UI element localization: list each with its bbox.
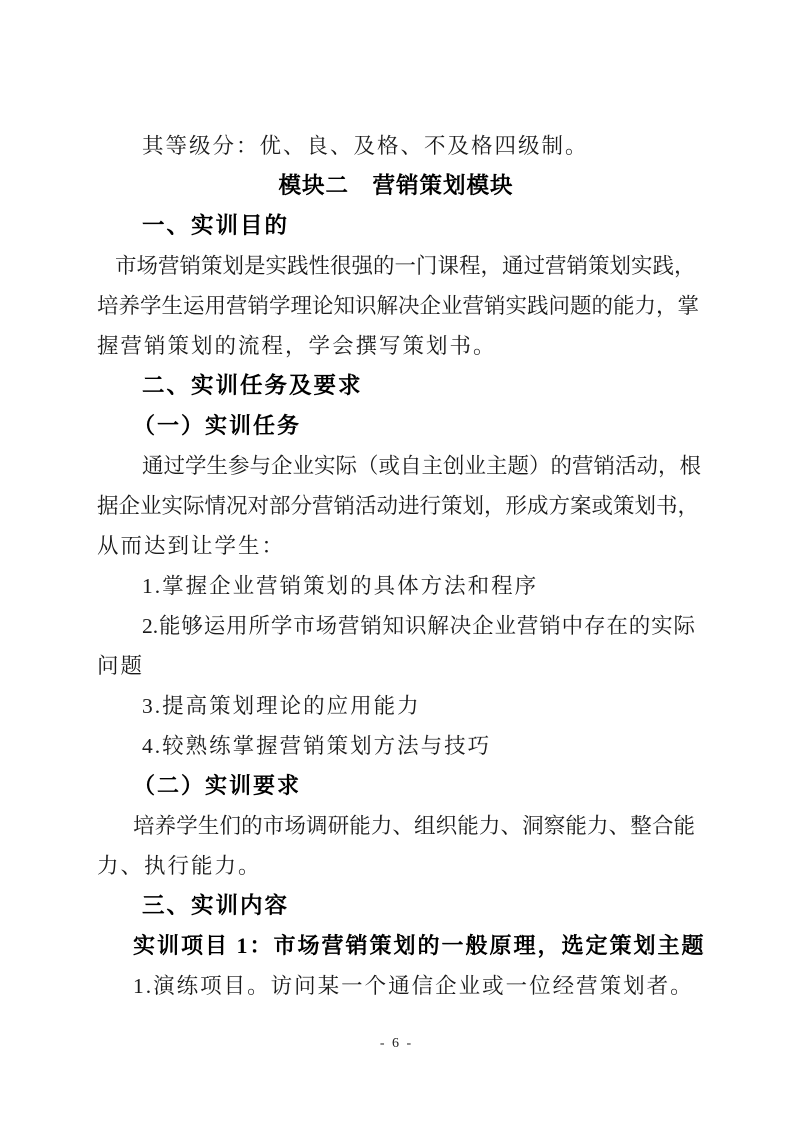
section-2-para-line-3: 从而达到让学生： [97, 526, 695, 566]
module-title: 模块二 营销策划模块 [97, 166, 695, 206]
task-list-item-3: 3.提高策划理论的应用能力 [97, 686, 695, 726]
section-2-sub-2-heading: （二）实训要求 [97, 766, 695, 806]
project-1-item-1: 1.演练项目。访问某一个通信企业或一位经营策划者。 [97, 966, 695, 1006]
section-2-para-line-1: 通过学生参与企业实际（或自主创业主题）的营销活动，根 [97, 446, 695, 486]
section-2-sub-1-heading: （一）实训任务 [97, 406, 695, 446]
section-1-para-line-2: 培养学生运用营销学理论知识解决企业营销实践问题的能力，掌 [97, 286, 695, 326]
page-number: - 6 - [0, 1036, 793, 1052]
document-page: 其等级分：优、良、及格、不及格四级制。 模块二 营销策划模块 一、实训目的 市场… [0, 0, 793, 1122]
requirement-para-line-1: 培养学生们的市场调研能力、组织能力、洞察能力、整合能 [97, 806, 695, 846]
task-list-item-1: 1.掌握企业营销策划的具体方法和程序 [97, 566, 695, 606]
requirement-para-line-2: 力、执行能力。 [97, 846, 695, 886]
section-2-heading: 二、实训任务及要求 [97, 366, 695, 406]
section-1-heading: 一、实训目的 [97, 206, 695, 246]
section-1-para-line-1: 市场营销策划是实践性很强的一门课程，通过营销策划实践， [97, 246, 695, 286]
document-content: 其等级分：优、良、及格、不及格四级制。 模块二 营销策划模块 一、实训目的 市场… [97, 126, 695, 1006]
section-2-para-line-2: 据企业实际情况对部分营销活动进行策划，形成方案或策划书， [97, 486, 695, 526]
task-list-item-2-line-2: 问题 [97, 646, 695, 686]
section-1-para-line-3: 握营销策划的流程，学会撰写策划书。 [97, 326, 695, 366]
project-1-heading: 实训项目 1：市场营销策划的一般原理，选定策划主题 [97, 926, 695, 966]
task-list-item-2-line-1: 2.能够运用所学市场营销知识解决企业营销中存在的实际 [97, 606, 695, 646]
section-3-heading: 三、实训内容 [97, 886, 695, 926]
task-list-item-4: 4.较熟练掌握营销策划方法与技巧 [97, 726, 695, 766]
intro-line: 其等级分：优、良、及格、不及格四级制。 [97, 126, 695, 166]
